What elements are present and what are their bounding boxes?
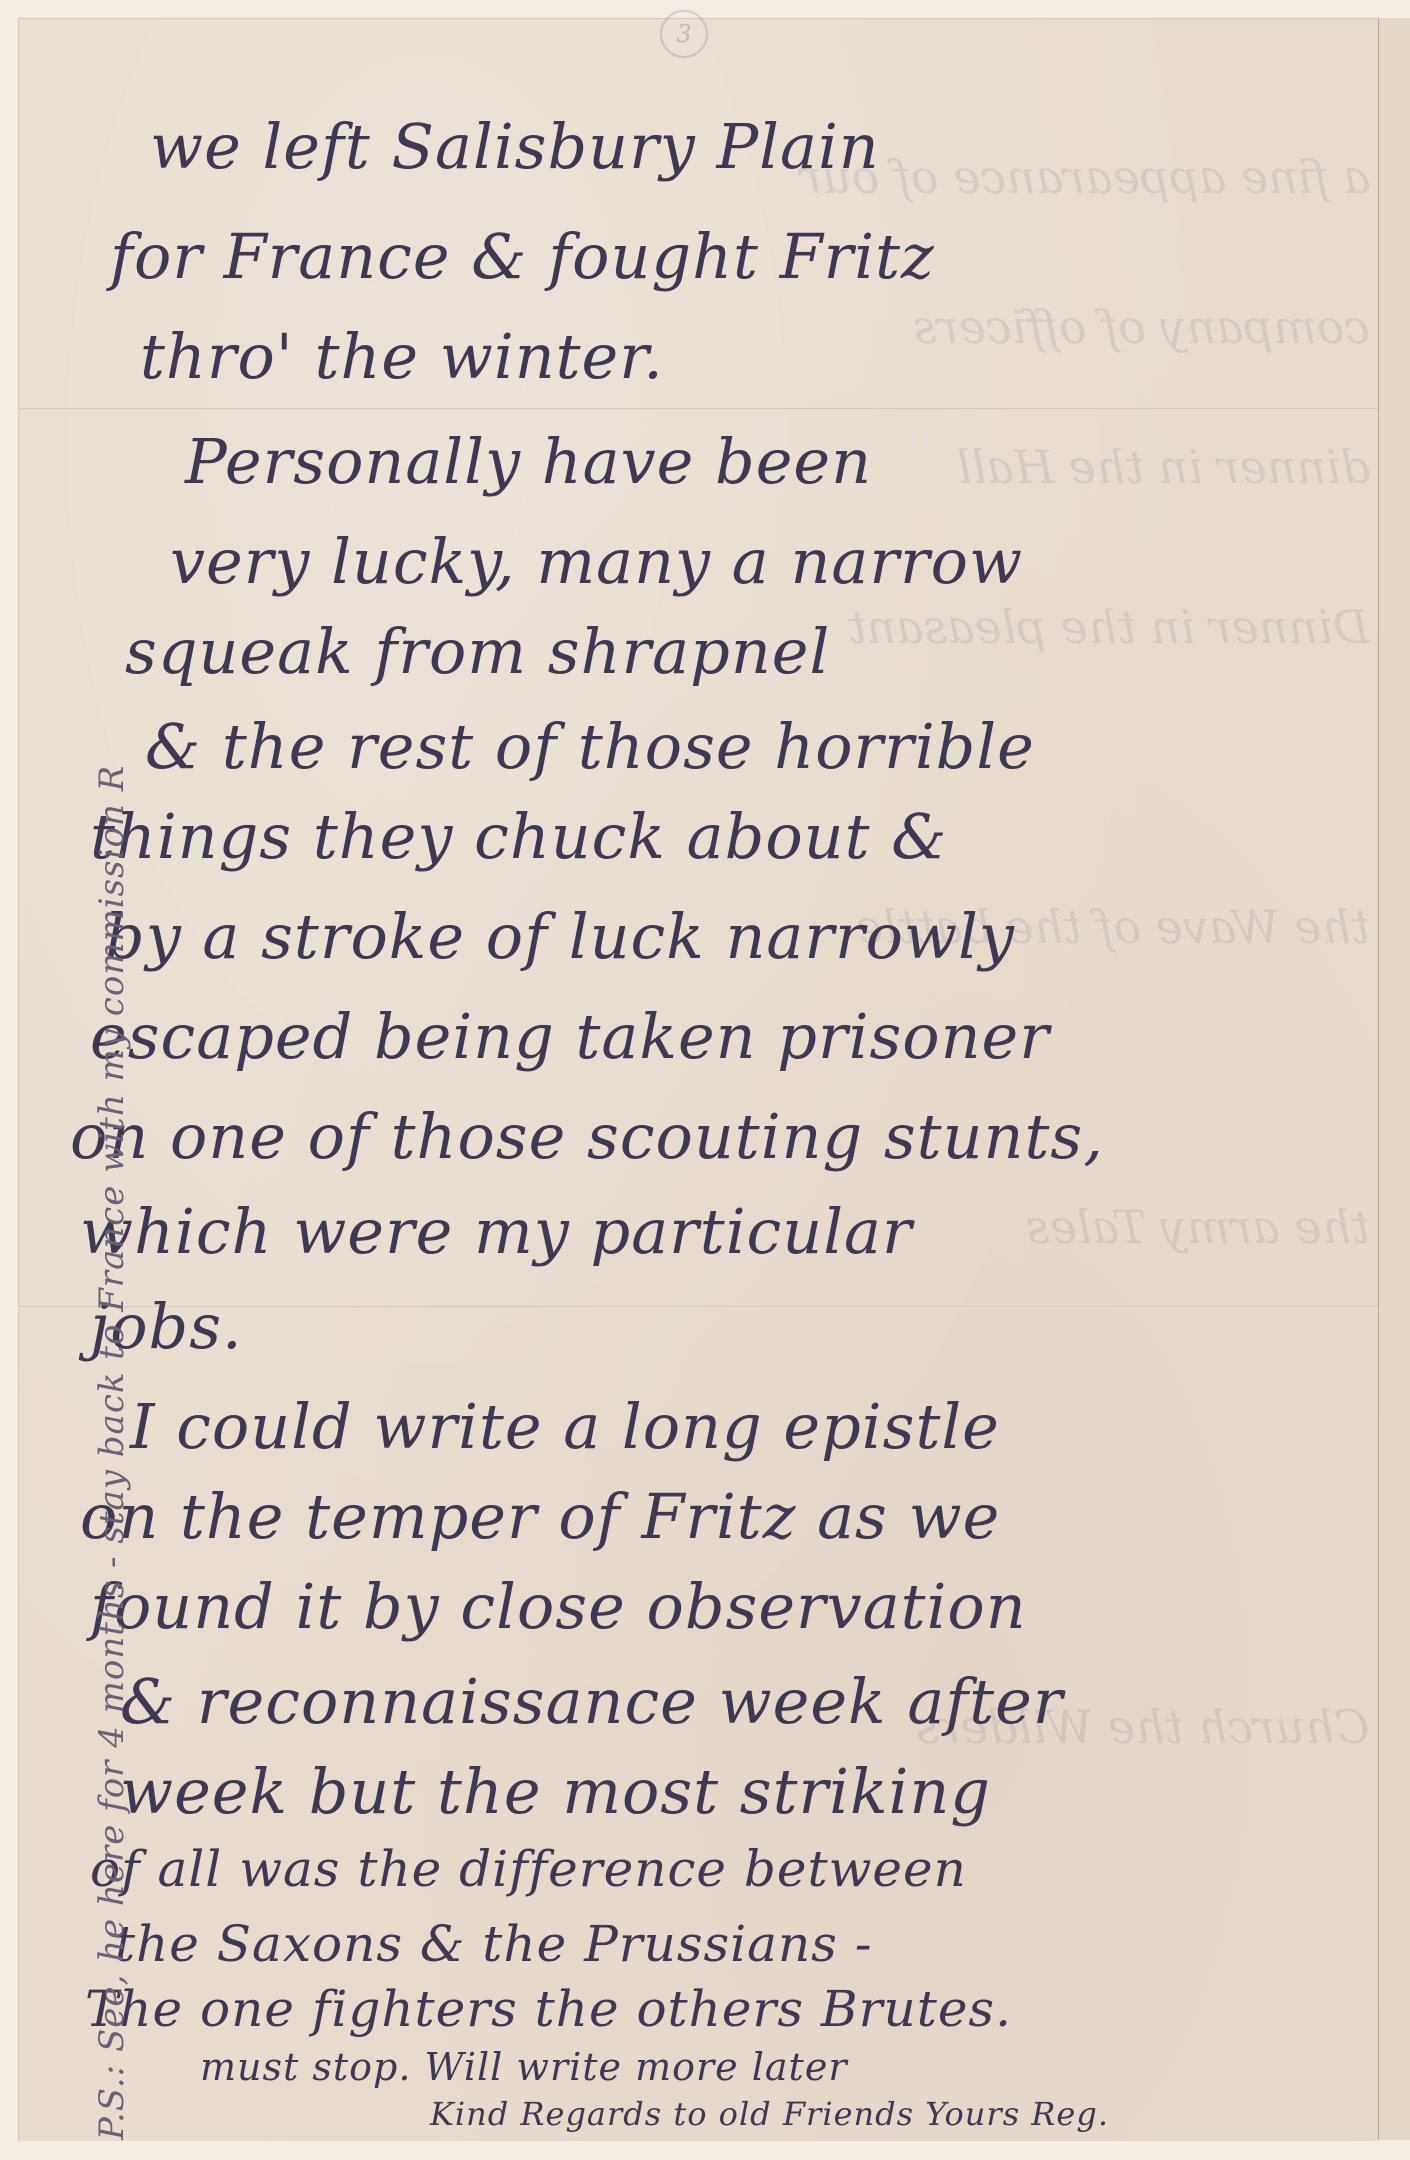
letter-line: the Saxons & the Prussians - [115, 1915, 873, 1973]
adjacent-page-edge [1378, 18, 1410, 2140]
letter-line: of all was the difference between [90, 1840, 967, 1898]
letter-line: I could write a long epistle [130, 1390, 1000, 1463]
closing-line: must stop. Will write more later [200, 2045, 847, 2089]
vertical-margin-postscript: P.S.: See, he here for 4 months - stay b… [92, 765, 132, 2140]
letter-line: thro' the winter. [140, 320, 664, 393]
letter-line: things they chuck about & [90, 800, 947, 873]
letter-line: & reconnaissance week after [120, 1665, 1063, 1738]
letter-line: found it by close observation [90, 1570, 1027, 1643]
letter-line: on one of those scouting stunts, [70, 1100, 1104, 1173]
letter-line: Personally have been [185, 425, 872, 498]
letter-line: very lucky, many a narrow [170, 525, 1023, 598]
letter-line: which were my particular [80, 1195, 913, 1268]
letter-line: squeak from shrapnel [125, 615, 830, 688]
signature-line: Kind Regards to old Friends Yours Reg. [430, 2095, 1109, 2133]
letter-line: escaped being taken prisoner [90, 1000, 1050, 1073]
letter-line: on the temper of Fritz as we [80, 1480, 1000, 1553]
letter-line: we left Salisbury Plain [150, 110, 880, 183]
letter-line: & the rest of those horrible [145, 710, 1035, 783]
paper-fold-line [18, 408, 1378, 410]
letter-line: by a stroke of luck narrowly [105, 900, 1015, 973]
faint-page-number: 3 [660, 10, 708, 58]
letter-line: week but the most striking [120, 1755, 991, 1828]
letter-line: for France & fought Fritz [110, 220, 935, 293]
letter-line: The one fighters the others Brutes. [85, 1980, 1012, 2038]
